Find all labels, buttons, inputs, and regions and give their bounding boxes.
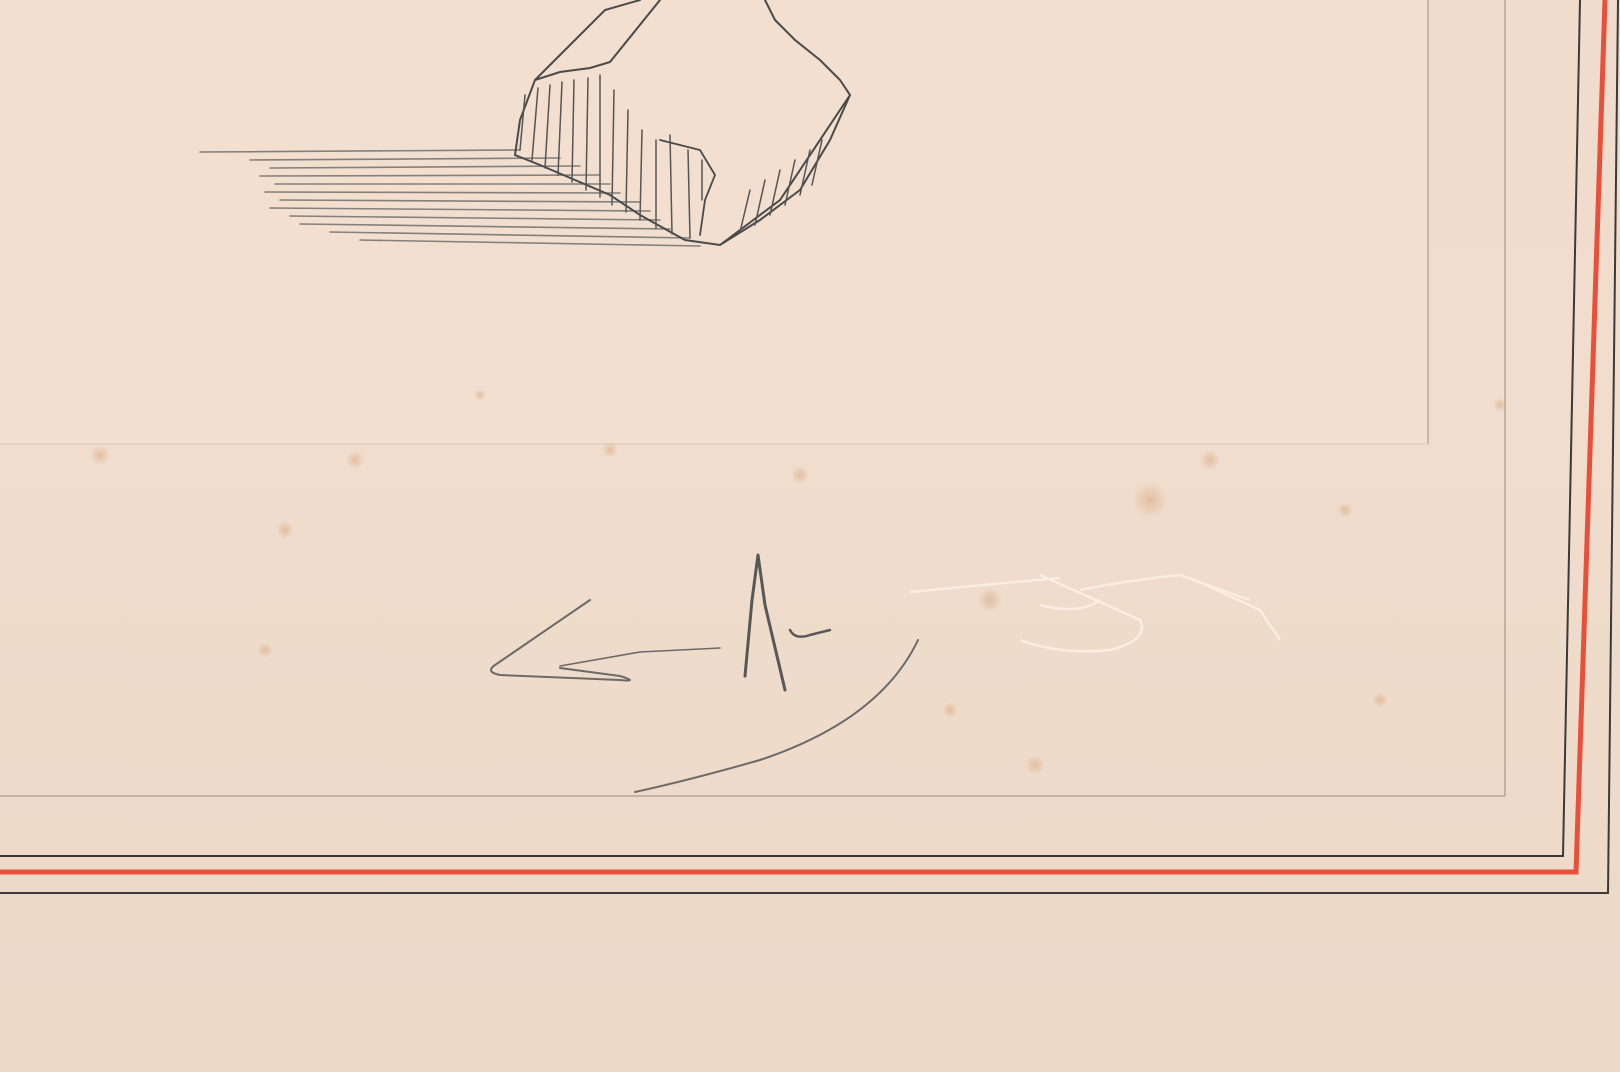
pencil-signature xyxy=(491,555,918,792)
print-artwork xyxy=(0,0,1620,1072)
blind-emboss-stamp xyxy=(910,575,1280,651)
plate-mark xyxy=(0,0,1428,444)
photograph xyxy=(0,0,1620,1072)
foxing-spots xyxy=(90,389,1507,775)
mat-lower xyxy=(0,897,1620,1072)
